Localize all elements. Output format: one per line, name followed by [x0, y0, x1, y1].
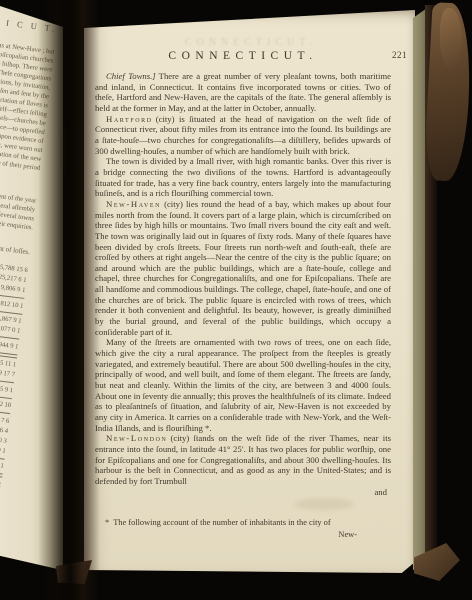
- footnote-text: *The following account of the number of …: [95, 518, 391, 528]
- left-page-running-header: C T I C U T.: [0, 7, 58, 34]
- page-number: 221: [392, 50, 407, 60]
- page-header: CONNECTICUT. CONNECTICUT. 221: [95, 46, 391, 62]
- paragraph-lead: Chief Towns.]: [106, 71, 156, 81]
- open-book-photo: C T I C U T. f Sandemanians at New-Have …: [0, 0, 472, 600]
- paragraph-text: Many of the ſtreets are ornamented with …: [95, 337, 391, 432]
- row-amount: 586 0 1: [0, 444, 6, 456]
- row-amount: 874 0 3: [0, 434, 7, 446]
- paragraph-text: The town is divided by a ſmall river, wi…: [95, 156, 391, 198]
- row-amount: 2,077 0 1: [0, 324, 21, 337]
- row-amount: £. 30,836 4 1: [0, 457, 4, 471]
- page-content: CONNECTICUT. CONNECTICUT. 221 Chief Town…: [95, 46, 391, 540]
- right-page: CONNECTICUT. CONNECTICUT. 221 Chief Town…: [84, 10, 415, 576]
- header-bleedthrough: CONNECTICUT.: [185, 37, 317, 48]
- losses-table-title: Amount of loſſes.: [0, 231, 30, 256]
- paragraph-new-london: New-London(city) ſtands on the weſt ſide…: [95, 433, 391, 486]
- left-page-note: After the eſtabliſhment of the year appo…: [0, 180, 37, 233]
- paragraph-chief-towns: Chief Towns.]There are a great number of…: [95, 71, 391, 114]
- row-amount: 9,806 9 1: [0, 283, 26, 296]
- paragraph-hartford-town: The town is divided by a ſmall river, wi…: [95, 156, 391, 199]
- row-amount: £. 40,807 2 10: [0, 397, 12, 412]
- paragraph-new-haven: New-Haven(city) lies round the head of a…: [95, 199, 391, 338]
- footnote-body: The following account of the number of i…: [113, 518, 330, 527]
- row-amount: £. 178,812 10 1: [0, 296, 24, 311]
- row-amount: £. 36,944 9 1: [0, 338, 19, 352]
- row-amount: £. 24,893 7 6: [0, 412, 10, 426]
- paragraph-lead: New-London: [106, 433, 167, 443]
- footnote-marker: *: [105, 518, 109, 527]
- footnote-catchword: New-: [95, 529, 391, 540]
- footnote: *The following account of the number of …: [95, 518, 391, 539]
- paragraph-text: (city) lies round the head of a bay, whi…: [95, 199, 391, 337]
- left-page: C T I C U T. f Sandemanians at New-Have …: [0, 0, 63, 576]
- paragraph-lead: New-Haven: [106, 199, 161, 209]
- row-amount: 369 17 7: [0, 368, 15, 381]
- left-page-content: C T I C U T. f Sandemanians at New-Have …: [0, 7, 58, 509]
- paragraph-new-haven-streets: Many of the ſtreets are ornamented with …: [95, 337, 391, 433]
- row-amount: £. 6,735 9 1: [0, 382, 14, 396]
- paragraph-hartford: Hartford(city) is ſituated at the head o…: [95, 114, 391, 157]
- running-header: CONNECTICUT.: [168, 50, 317, 62]
- catchword: and: [95, 487, 391, 498]
- paragraph-lead: Hartford: [106, 114, 153, 124]
